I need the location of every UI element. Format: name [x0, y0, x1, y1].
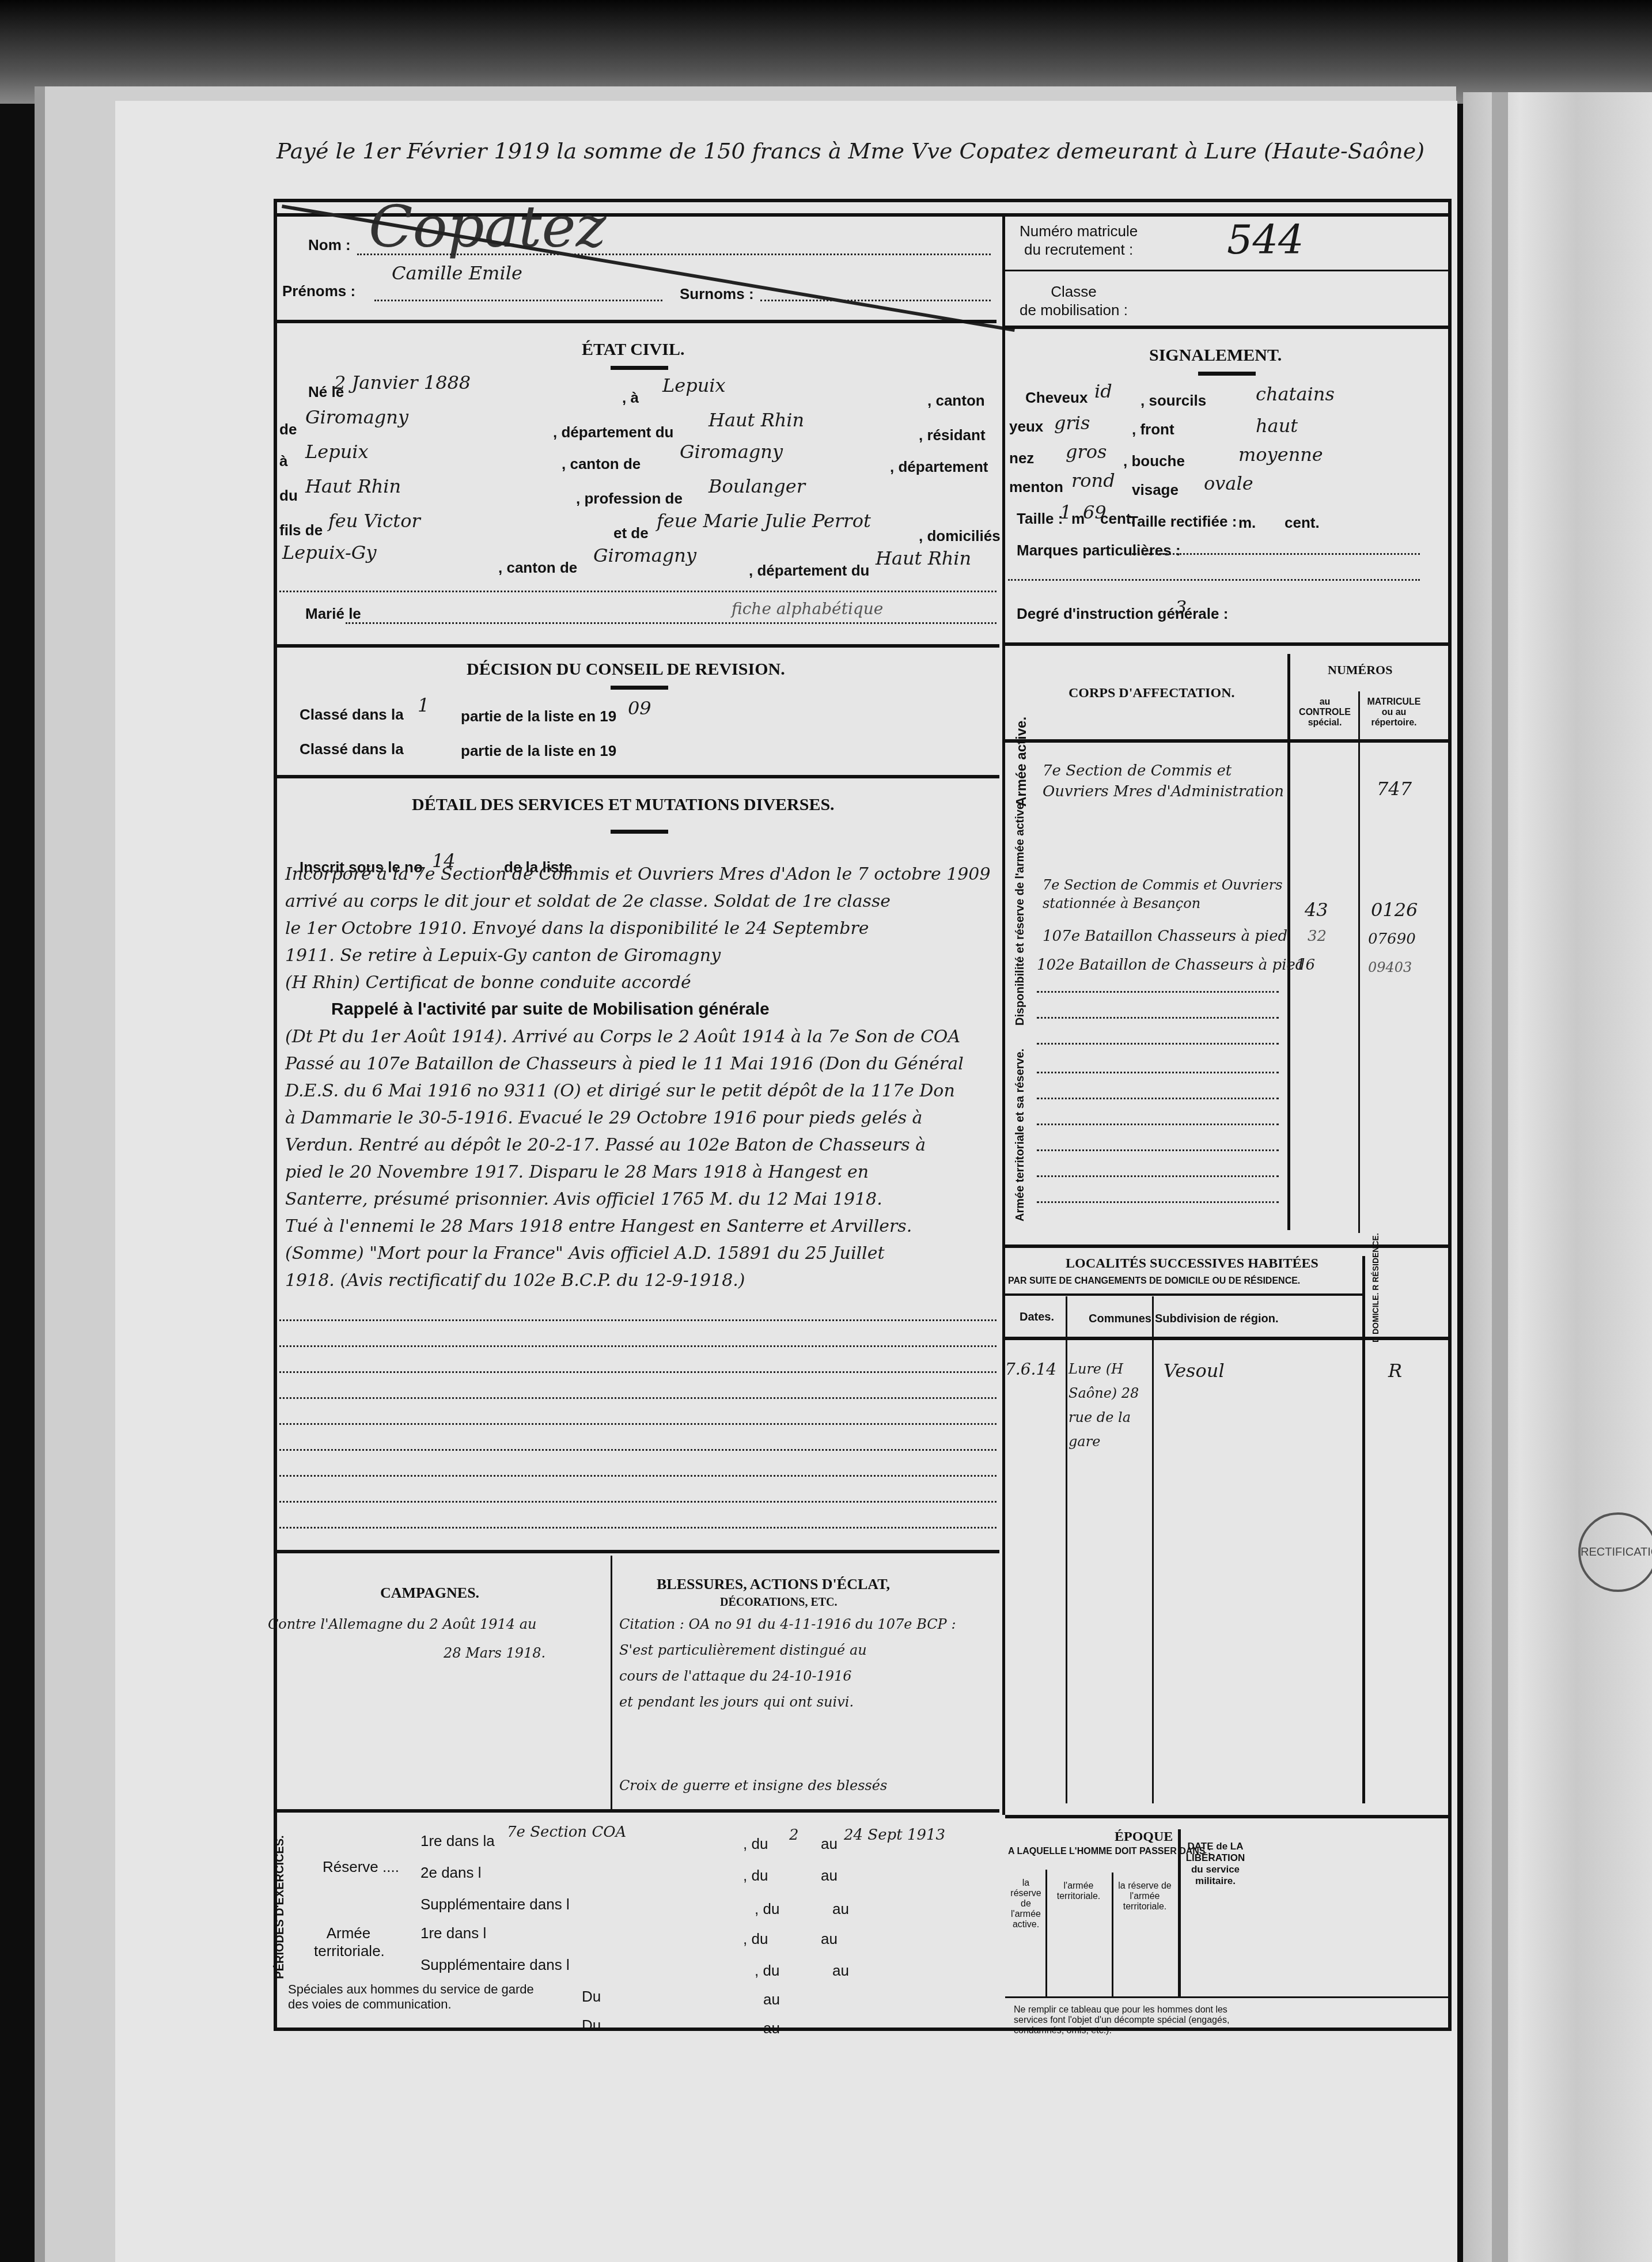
profession-label: , profession de	[576, 490, 683, 508]
taille-rectifiee-cent-label: cent.	[1285, 514, 1320, 532]
blank-line	[1037, 1072, 1279, 1073]
departement-value: Haut Rhin	[708, 409, 804, 431]
blessure-line: Croix de guerre et insigne des blessés	[619, 1777, 887, 1794]
group-label-territoriale: Armée territoriale et sa réserve.	[1014, 1049, 1027, 1221]
divider	[1005, 270, 1449, 271]
departement2-label: du	[279, 487, 298, 505]
blank-line	[279, 1319, 996, 1321]
service-line: Verdun. Rentré au dépôt le 20-2-17. Pass…	[285, 1135, 1002, 1155]
periode-row-1-value: 7e Section COA	[507, 1824, 626, 1841]
localite-subdivision: Vesoul	[1164, 1360, 1225, 1382]
menton-label: menton	[1009, 478, 1063, 496]
binding-strip	[1492, 92, 1508, 2262]
divider	[1005, 1293, 1362, 1296]
periode-row-1-du: 2	[789, 1826, 799, 1844]
blank-line	[1037, 1098, 1279, 1099]
service-line: pied le 20 Novembre 1917. Disparu le 28 …	[285, 1162, 1002, 1182]
nom-field	[357, 254, 991, 255]
epoque-col-2: l'armée territoriale.	[1048, 1881, 1109, 1902]
departement2-value: Haut Rhin	[305, 475, 401, 497]
blank-line	[279, 1527, 996, 1529]
matricule-label-line1: Numéro matricule	[1020, 222, 1138, 240]
canton2-value: Giromagny	[680, 441, 783, 463]
taille-rectifiee-m-label: m.	[1238, 514, 1256, 532]
sourcils-value: chatains	[1256, 383, 1335, 405]
blank-line	[1037, 1201, 1279, 1203]
divider	[276, 644, 999, 648]
blessure-line: Citation : OA no 91 du 4-11-1916 du 107e…	[619, 1616, 956, 1632]
canton-label: , canton	[927, 392, 985, 410]
blank-line	[279, 1371, 996, 1373]
classe-row1-prefix: Classé dans la	[300, 706, 404, 724]
instruction-value: 3	[1175, 596, 1187, 618]
blank-line	[1037, 1175, 1279, 1177]
armee-territoriale-label: Armée territoriale.	[314, 1924, 383, 1960]
blessure-line: et pendant les jours qui ont suivi.	[619, 1694, 854, 1710]
bouche-value: moyenne	[1238, 444, 1323, 466]
epoque-col-1: la réserve de l'armée active.	[1008, 1878, 1044, 1930]
service-line: Passé au 107e Bataillon de Chasseurs à p…	[285, 1054, 1002, 1074]
localite-commune: Lure (H Saône) 28 rue de la gare	[1069, 1357, 1155, 1454]
blank-line	[1037, 1149, 1279, 1151]
localite-dr: R	[1388, 1360, 1402, 1382]
title-rule	[1198, 372, 1256, 376]
periode-row-1-au: 24 Sept 1913	[844, 1826, 945, 1844]
marie-field	[346, 622, 996, 624]
blank-line	[1037, 1017, 1279, 1019]
divider	[276, 775, 999, 778]
matricule-label-line2: du recrutement :	[1024, 241, 1133, 258]
divider	[276, 320, 996, 323]
blank-line	[279, 1423, 996, 1425]
localite-date: 7.6.14	[1005, 1360, 1056, 1379]
column-divider	[1358, 691, 1360, 1233]
classe-row2-prefix: Classé dans la	[300, 740, 404, 758]
campagnes-title: CAMPAGNES.	[380, 1584, 479, 1602]
taille-rectifiee-label: Taille rectifiée :	[1129, 513, 1237, 531]
divider	[1005, 642, 1449, 646]
service-line: D.E.S. du 6 Mai 1916 no 9311 (O) et diri…	[285, 1081, 1002, 1101]
payment-note: Payé le 1er Février 1919 la somme de 150…	[276, 138, 1424, 164]
matricule-value: 544	[1227, 216, 1304, 263]
epoque-col-3: la réserve de l'armée territoriale.	[1115, 1881, 1175, 1912]
service-line: arrivé au corps le dit jour et soldat de…	[285, 891, 1002, 911]
periode-row-5-label: Supplémentaire dans l	[420, 1956, 570, 1974]
service-line: le 1er Octobre 1910. Envoyé dans la disp…	[285, 918, 1002, 939]
surnoms-field	[760, 300, 991, 301]
periodes-side-label: PÉRIODES D'EXERCICES.	[274, 1809, 287, 2005]
periode-row-1-label: 1re dans la	[420, 1832, 495, 1850]
blessure-line: S'est particulièrement distingué au	[619, 1642, 867, 1658]
canton-de-label: de	[279, 421, 297, 438]
blank-line	[279, 1501, 996, 1503]
prenoms-label: Prénoms :	[282, 282, 355, 300]
blank-line	[279, 1345, 996, 1347]
blessures-title: BLESSURES, ACTIONS D'ÉCLAT,	[657, 1576, 890, 1593]
divider	[1005, 1337, 1449, 1340]
column-divider	[1045, 1870, 1047, 1996]
service-line-printed: Rappelé à l'activité par suite de Mobili…	[331, 1000, 1048, 1019]
corps-affectation-title: CORPS D'AFFECTATION.	[1069, 686, 1234, 701]
departement-du-label: , département du	[553, 423, 673, 441]
controle-dispo-2: 32	[1308, 928, 1327, 945]
blank-line	[1037, 991, 1279, 993]
visage-label: visage	[1132, 481, 1179, 499]
et-de-label: et de	[613, 524, 649, 542]
prenoms-value: Camille Emile	[392, 262, 522, 284]
divider	[1005, 1815, 1449, 1818]
service-line: (Somme) "Mort pour la France" Avis offic…	[285, 1243, 1002, 1264]
residence-value: Lepuix	[305, 441, 369, 463]
reserve-label: Réserve ....	[323, 1858, 399, 1876]
matricule-dispo-3: 09403	[1368, 959, 1412, 975]
periode-row-3-label: Supplémentaire dans l	[420, 1896, 570, 1913]
classe-label: Classede mobilisation :	[1020, 282, 1128, 319]
marques-label: Marques particulières :	[1017, 542, 1181, 559]
au-label: au	[832, 1962, 849, 1980]
matricule-dispo-1: 0126	[1371, 899, 1418, 921]
column-divider	[1066, 1296, 1067, 1803]
matricule-dispo-2: 07690	[1368, 930, 1416, 948]
epoque-note: Ne remplir ce tableau que pour les homme…	[1014, 2005, 1261, 2036]
blank-line	[279, 1397, 996, 1399]
cheveux-value: id	[1094, 380, 1112, 402]
departement-label: , département	[890, 458, 988, 476]
birthplace-value: Lepuix	[662, 375, 726, 396]
service-line: Santerre, présumé prisonnier. Avis offic…	[285, 1189, 1002, 1209]
marie-label: Marié le	[305, 605, 361, 623]
du-label: , du	[755, 1900, 779, 1918]
blank-line	[1037, 1124, 1279, 1125]
du-label: , du	[743, 1867, 768, 1885]
marques-field	[1132, 553, 1420, 555]
corps-dispo-row-1: 7e Section de Commis et Ouvriers station…	[1043, 876, 1285, 913]
bouche-label: , bouche	[1123, 452, 1185, 470]
periode-row-6-label: Du	[582, 1988, 601, 2006]
campagne-line-1: Contre l'Allemagne du 2 Août 1914 au	[268, 1616, 536, 1632]
group-label-disponibilite: Disponibilité et réserve de l'armée acti…	[1014, 800, 1027, 1026]
blank-line	[279, 1449, 996, 1451]
marie-value: fiche alphabétique	[732, 599, 883, 618]
taille-m-value: 1	[1060, 501, 1071, 523]
departement3-value: Haut Rhin	[876, 547, 971, 569]
controle-dispo-3: 16	[1296, 956, 1315, 974]
du-label: , du	[743, 1835, 768, 1853]
speciales-label: Spéciales aux hommes du service de garde…	[288, 1982, 541, 2012]
canton-value: Giromagny	[305, 406, 408, 428]
classe-row1-year: 09	[628, 697, 651, 719]
title-rule	[611, 830, 668, 834]
blank-line	[279, 1475, 996, 1477]
father-value: feu Victor	[328, 510, 420, 532]
du-label: , du	[743, 1930, 768, 1948]
col-dates: Dates.	[1020, 1311, 1054, 1324]
blessures-subtitle: DÉCORATIONS, ETC.	[720, 1596, 838, 1609]
controle-header: au CONTROLE spécial.	[1293, 697, 1357, 728]
group-label-active: Armée active.	[1014, 717, 1030, 807]
conseil-revision-title: DÉCISION DU CONSEIL DE REVISION.	[467, 660, 785, 679]
service-line: Incorporé à la 7e Section de Commis et O…	[285, 864, 1002, 884]
prenoms-field	[374, 300, 662, 301]
du-label: , du	[755, 1962, 779, 1980]
service-line: (Dt Pt du 1er Août 1914). Arrivé au Corp…	[285, 1027, 1002, 1047]
corps-active-row: 7e Section de Commis et Ouvriers Mres d'…	[1043, 761, 1285, 802]
au-label: au	[821, 1835, 838, 1853]
marques-field-2	[1008, 579, 1420, 581]
corps-dispo-row-3: 102e Bataillon de Chasseurs à pied	[1037, 956, 1305, 974]
epoque-title: ÉPOQUE	[1115, 1829, 1173, 1845]
sourcils-label: , sourcils	[1141, 392, 1206, 410]
nez-label: nez	[1009, 449, 1034, 467]
visage-value: ovale	[1204, 472, 1253, 494]
classe-row2-mid: partie de la liste en 19	[461, 742, 616, 760]
divider	[1005, 1996, 1449, 1998]
domicile-value: Lepuix-Gy	[282, 542, 376, 563]
instruction-label: Degré d'instruction générale :	[1017, 605, 1228, 623]
nom-label: Nom :	[308, 236, 351, 254]
yeux-value: gris	[1054, 412, 1090, 434]
residant-a-label: à	[279, 452, 287, 470]
divider	[1005, 1245, 1449, 1248]
classe-label-line1: Classe	[1051, 283, 1096, 300]
matricule-label: Numéro matriculedu recrutement :	[1020, 222, 1138, 259]
menton-value: rond	[1071, 470, 1115, 491]
service-line: 1918. (Avis rectificatif du 102e B.C.P. …	[285, 1270, 1002, 1291]
classe-row1-mid: partie de la liste en 19	[461, 708, 616, 725]
a-label: , à	[622, 389, 639, 407]
fils-label: fils de	[279, 521, 323, 539]
periode-row-2-label: 2e dans l	[420, 1864, 482, 1882]
service-line: 1911. Se retire à Lepuix-Gy canton de Gi…	[285, 945, 1002, 966]
classe-row1-partie: 1	[418, 694, 429, 716]
au-label: au	[832, 1900, 849, 1918]
surnoms-label: Surnoms :	[680, 285, 754, 303]
blank-line	[1037, 1043, 1279, 1045]
ne-le-value: 2 Janvier 1888	[334, 372, 471, 394]
col-subdivision: Subdivision de région.	[1155, 1312, 1278, 1326]
column-divider	[611, 1556, 612, 1809]
au-label: au	[763, 1991, 780, 2008]
localites-title: LOCALITÉS SUCCESSIVES HABITÉES	[1066, 1256, 1318, 1272]
matricule-active-value: 747	[1377, 778, 1412, 800]
signalement-title: SIGNALEMENT.	[1149, 346, 1282, 365]
canton3-value: Giromagny	[593, 544, 696, 566]
canton-de2-label: , canton de	[562, 455, 641, 473]
nez-value: gros	[1066, 441, 1107, 463]
front-label: , front	[1132, 421, 1174, 438]
divider	[276, 1550, 999, 1553]
controle-dispo-1: 43	[1305, 899, 1328, 921]
profession-value: Boulanger	[708, 475, 805, 497]
front-value: haut	[1256, 415, 1298, 437]
col-domicile-residence: D DOMICILE. R RÉSIDENCE.	[1371, 1256, 1380, 1342]
cheveux-label: Cheveux	[1025, 389, 1088, 407]
residant-label: , résidant	[919, 426, 986, 444]
periode-row-7-label: Du	[582, 2017, 601, 2034]
classe-label-line2: de mobilisation :	[1020, 301, 1128, 319]
localites-subtitle: PAR SUITE DE CHANGEMENTS DE DOMICILE OU …	[1008, 1276, 1300, 1287]
service-line: Tué à l'ennemi le 28 Mars 1918 entre Han…	[285, 1216, 1002, 1236]
blank-line	[279, 591, 996, 592]
taille-label: Taille :	[1017, 510, 1063, 528]
title-rule	[611, 366, 668, 370]
matricule-header: MATRICULE ou au répertoire.	[1362, 697, 1426, 728]
service-line: à Dammarie le 30-5-1916. Evacué le 29 Oc…	[285, 1108, 1002, 1128]
divider	[1005, 326, 1449, 329]
corps-dispo-row-2: 107e Bataillon Chasseurs à pied	[1043, 928, 1287, 945]
column-divider	[1112, 1873, 1113, 1996]
mother-value: feue Marie Julie Perrot	[657, 510, 871, 532]
departement3-label: , département du	[749, 562, 869, 580]
title-rule	[611, 686, 668, 690]
rectification-stamp: RECTIFICATION	[1578, 1512, 1652, 1592]
service-line: (H Rhin) Certificat de bonne conduite ac…	[285, 973, 1002, 993]
services-title: DÉTAIL DES SERVICES ET MUTATIONS DIVERSE…	[412, 795, 835, 815]
numeros-title: NUMÉROS	[1328, 663, 1392, 678]
campagne-line-2: 28 Mars 1918.	[444, 1645, 545, 1661]
col-communes: Communes	[1089, 1312, 1151, 1326]
etat-civil-title: ÉTAT CIVIL.	[582, 340, 684, 360]
services-lines: Incorporé à la 7e Section de Commis et O…	[274, 864, 1002, 1325]
blessure-line: cours de l'attaque du 24-10-1916	[619, 1668, 852, 1684]
periode-row-4-label: 1re dans l	[420, 1924, 486, 1942]
yeux-label: yeux	[1009, 418, 1043, 436]
au-label: au	[821, 1867, 838, 1885]
date-liberation-header: DATE de LA LIBÉRATION du service militai…	[1181, 1841, 1250, 1887]
divider	[276, 1809, 999, 1813]
divider	[1005, 739, 1449, 743]
au-label: au	[763, 2019, 780, 2037]
domicilies-label: , domiciliés	[919, 527, 1001, 545]
canton-de3-label: , canton de	[498, 559, 577, 577]
au-label: au	[821, 1930, 838, 1948]
